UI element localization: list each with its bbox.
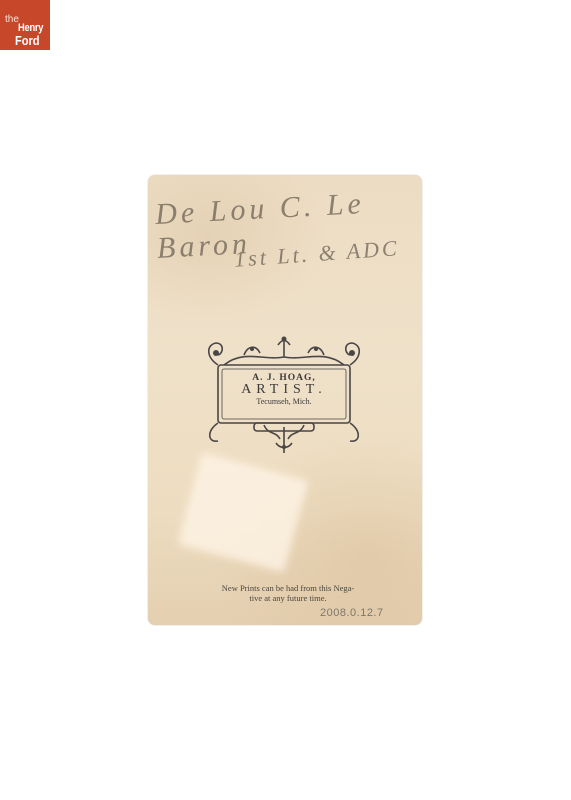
photographer-imprint: A. J. HOAG, ARTIST. Tecumseh, Mich. xyxy=(204,335,364,455)
photographer-location: Tecumseh, Mich. xyxy=(222,397,346,406)
accession-number: 2008.0.12.7 xyxy=(320,607,384,619)
faded-patch xyxy=(178,452,309,572)
logo-the: the xyxy=(5,15,19,25)
imprint-text: A. J. HOAG, ARTIST. Tecumseh, Mich. xyxy=(222,373,346,406)
the-henry-ford-logo[interactable]: the Henry Ford xyxy=(0,0,50,50)
notice-line-1: New Prints can be had from this Nega- xyxy=(168,583,408,593)
carte-de-visite-back: De Lou C. Le Baron 1st Lt. & ADC xyxy=(148,175,422,625)
reprint-notice: New Prints can be had from this Nega- ti… xyxy=(168,583,408,603)
notice-line-2: tive at any future time. xyxy=(168,593,408,603)
photographer-title: ARTIST. xyxy=(222,383,346,397)
logo-ford: Ford xyxy=(15,34,40,47)
